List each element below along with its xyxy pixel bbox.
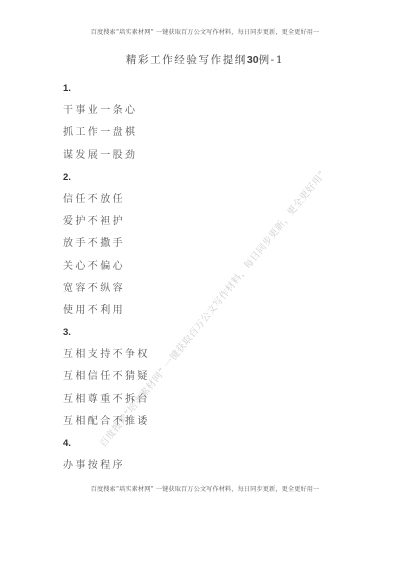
list-item: 办事按程序 — [63, 455, 363, 477]
title-number: 30 — [247, 54, 259, 66]
list-item: 互相尊重不拆台 — [63, 389, 363, 411]
section-number: 2. — [63, 167, 363, 189]
section-number: 1. — [63, 78, 363, 100]
list-item: 抓工作一盘棋 — [63, 122, 363, 144]
list-item: 互相信任不猜疑 — [63, 366, 363, 388]
header-banner: 百度搜索“培实素材网” 一键获取百万公文写作材料，每日同步更新，更全更好用一 — [0, 27, 410, 36]
footer-banner: 百度搜索“培实素材网” 一键获取百万公文写作材料，每日同步更新，更全更好用一 — [0, 484, 410, 493]
section-number: 3. — [63, 322, 363, 344]
list-item: 爱护不袒护 — [63, 211, 363, 233]
section-number: 4. — [63, 433, 363, 455]
list-item: 信任不放任 — [63, 189, 363, 211]
document-body: 1. 干事业一条心 抓工作一盘棋 谋发展一股劲 2. 信任不放任 爱护不袒护 放… — [63, 78, 363, 477]
list-item: 放手不撒手 — [63, 233, 363, 255]
document-page: 百度搜索“培实素材网” 一键获取百万公文写作材料，每日同步更新，更全更好用一 百… — [0, 0, 410, 580]
title-prefix: 精彩工作经验写作提纲 — [126, 54, 247, 66]
list-item: 宽容不纵容 — [63, 278, 363, 300]
list-item: 关心不偏心 — [63, 256, 363, 278]
list-item: 互相支持不争权 — [63, 344, 363, 366]
list-item: 互相配合不推诿 — [63, 411, 363, 433]
title-suffix: 例-1 — [259, 54, 285, 66]
list-item: 使用不利用 — [63, 300, 363, 322]
document-title: 精彩工作经验写作提纲30例-1 — [0, 52, 410, 67]
list-item: 谋发展一股劲 — [63, 145, 363, 167]
list-item: 干事业一条心 — [63, 100, 363, 122]
